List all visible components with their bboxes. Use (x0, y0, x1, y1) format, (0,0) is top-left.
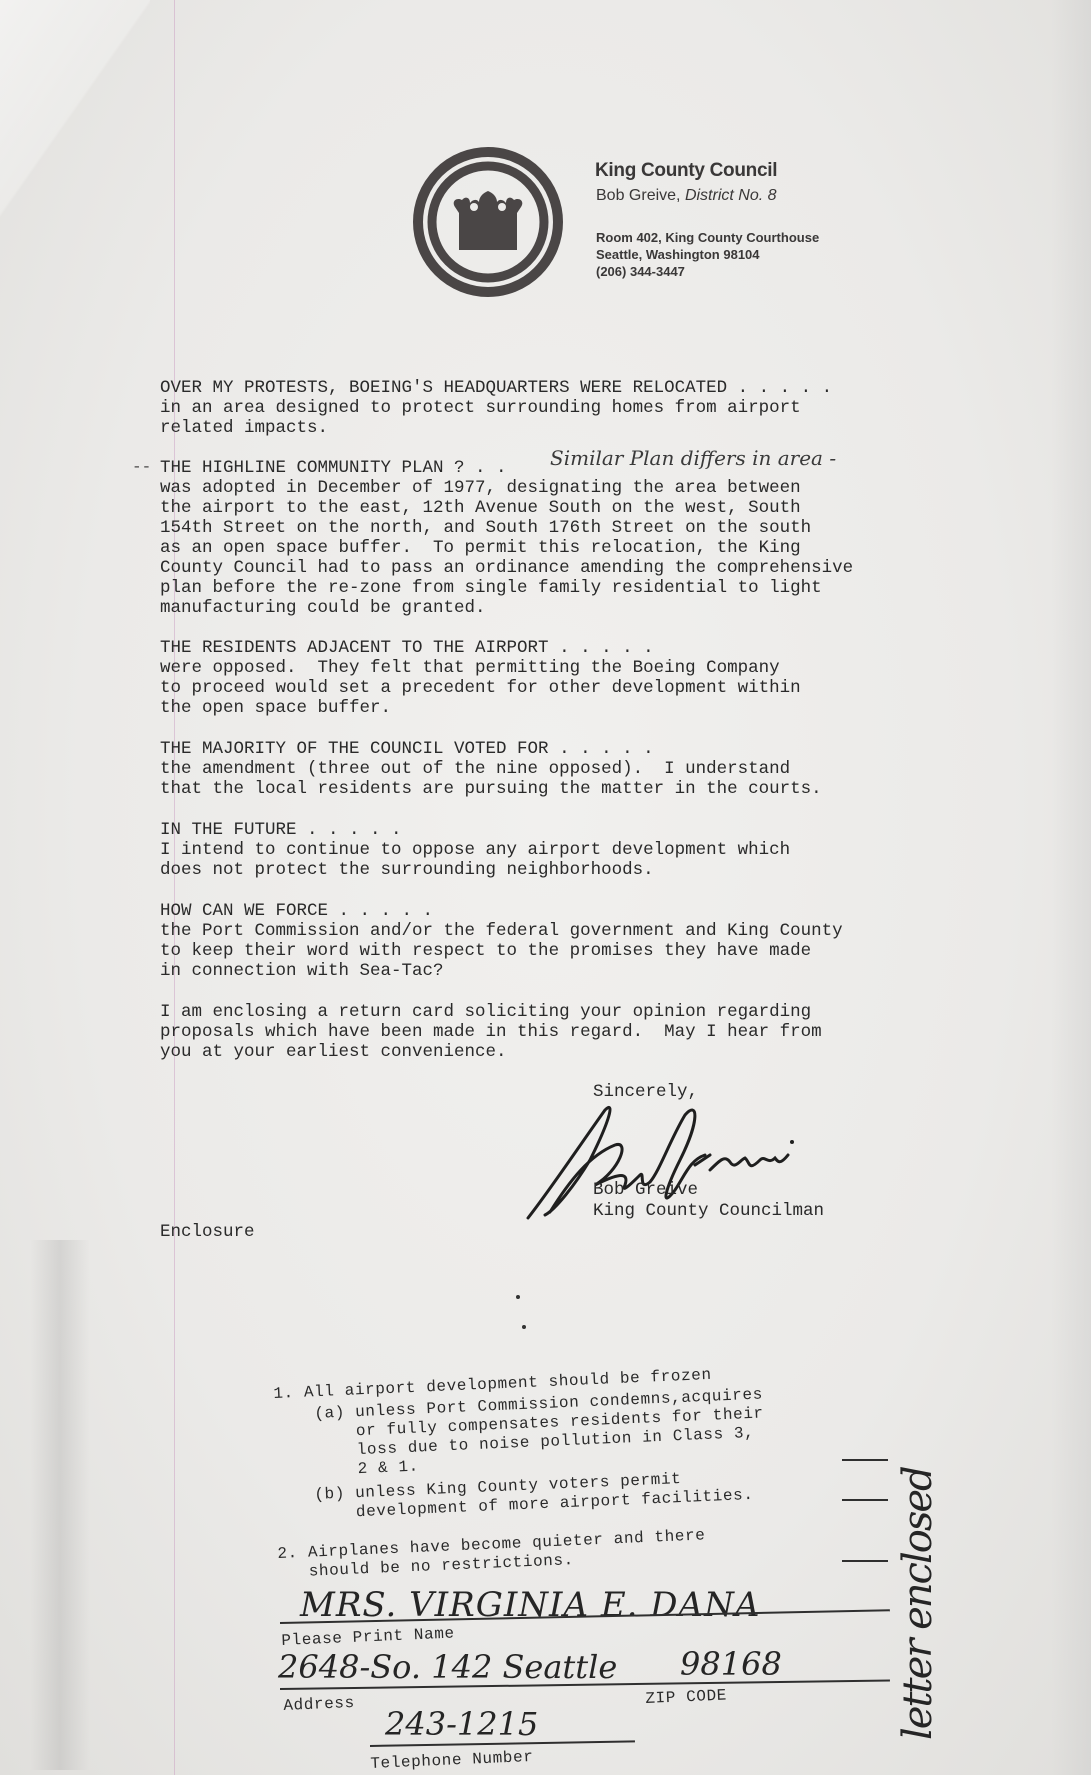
letterhead-phone: (206) 344-3447 (596, 263, 819, 280)
check-tick (842, 1560, 888, 1562)
paragraph-heading-highline: THE HIGHLINE COMMUNITY PLAN ? . . (160, 458, 507, 478)
scan-shadow-left (30, 1240, 90, 1770)
signer-name: Bob Greive (593, 1180, 698, 1200)
zip-label: ZIP CODE (645, 1686, 727, 1709)
paragraph-residents: THE RESIDENTS ADJACENT TO THE AIRPORT . … (160, 638, 801, 718)
handwritten-margin-note: letter enclosed (895, 1467, 941, 1740)
address-line-2: Seattle, Washington 98104 (596, 246, 819, 263)
zip-value: 98168 (680, 1645, 782, 1683)
speck (516, 1295, 520, 1299)
address-value: 2648-So. 142 Seattle (278, 1648, 617, 1686)
speck (522, 1325, 526, 1329)
address-line-1: Room 402, King County Courthouse (596, 229, 819, 246)
salutation: Sincerely, (593, 1082, 698, 1102)
paper-fold (0, 0, 150, 260)
check-tick (842, 1499, 888, 1501)
signer-title: King County Councilman (593, 1201, 824, 1221)
crown-in-circle-icon (413, 147, 563, 297)
scan-border (0, 1775, 1091, 1780)
check-tick (842, 1459, 888, 1461)
margin-dash: -- (132, 458, 151, 476)
name-value: MRS. VIRGINIA E. DANA (300, 1585, 760, 1625)
paragraph-future: IN THE FUTURE . . . . . I intend to cont… (160, 820, 790, 880)
member-line: Bob Greive, District No. 8 (596, 187, 777, 205)
paragraph-council-vote: THE MAJORITY OF THE COUNCIL VOTED FOR . … (160, 739, 822, 799)
organization-name: King County Council (595, 160, 777, 182)
phone-value: 243-1215 (385, 1705, 538, 1743)
paragraph-enclosing: I am enclosing a return card soliciting … (160, 1002, 822, 1062)
paragraph-force: HOW CAN WE FORCE . . . . . the Port Comm… (160, 901, 843, 981)
handwritten-annotation: Similar Plan differs in area - (550, 446, 836, 470)
scan-shadow-right (1051, 0, 1091, 1775)
member-name: Bob Greive, (596, 187, 680, 204)
letterhead-address: Room 402, King County Courthouse Seattle… (596, 229, 819, 280)
enclosure-label: Enclosure (160, 1222, 255, 1242)
paragraph-highline: was adopted in December of 1977, designa… (160, 478, 853, 618)
margin-line (174, 0, 175, 1775)
district: District No. 8 (685, 187, 777, 204)
paragraph-relocation: OVER MY PROTESTS, BOEING'S HEADQUARTERS … (160, 378, 832, 438)
address-label: Address (283, 1694, 355, 1716)
